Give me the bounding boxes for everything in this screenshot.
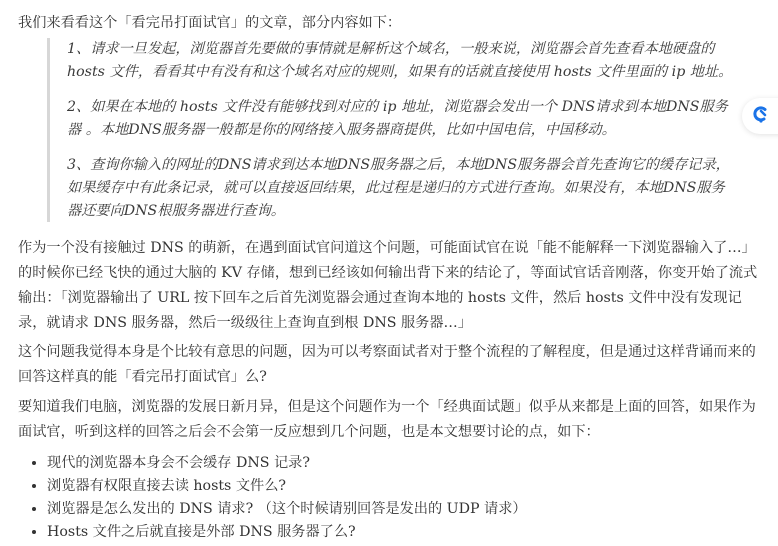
quote-block: 1、请求一旦发起，浏览器首先要做的事情就是解析这个域名，一般来说，浏览器会首先查…: [47, 38, 737, 222]
quote-item: 1、请求一旦发起，浏览器首先要做的事情就是解析这个域名，一般来说，浏览器会首先查…: [67, 38, 737, 84]
body-paragraph: 作为一个没有接触过 DNS 的萌新，在遇到面试官问道这个问题，可能面试官在说「能…: [18, 236, 758, 336]
list-item: 浏览器有权限直接去读 hosts 文件么?: [47, 475, 527, 498]
quote-item: 3、查询你输入的网址的DNS请求到达本地DNS服务器之后，本地DNS服务器会首先…: [67, 154, 737, 223]
body-paragraph: 这个问题我觉得本身是个比较有意思的问题，因为可以考察面试者对于整个流程的了解程度…: [18, 340, 758, 390]
assistant-logo-icon: [752, 105, 770, 127]
question-list: 现代的浏览器本身会不会缓存 DNS 记录? 浏览器有权限直接去读 hosts 文…: [30, 452, 527, 544]
list-item: 现代的浏览器本身会不会缓存 DNS 记录?: [47, 452, 527, 475]
floating-assistant-button[interactable]: [742, 98, 778, 134]
quote-item: 2、如果在本地的 hosts 文件没有能够找到对应的 ip 地址，浏览器会发出一…: [67, 96, 737, 142]
body-paragraph: 要知道我们电脑，浏览器的发展日新月异，但是这个问题作为一个「经典面试题」似乎从来…: [18, 395, 758, 445]
list-item: Hosts 文件之后就直接是外部 DNS 服务器了么?: [47, 521, 527, 544]
intro-paragraph: 我们来看看这个「看完吊打面试官」的文章，部分内容如下：: [18, 11, 401, 36]
list-item: 浏览器是怎么发出的 DNS 请求? （这个时候请别回答是发出的 UDP 请求）: [47, 498, 527, 521]
